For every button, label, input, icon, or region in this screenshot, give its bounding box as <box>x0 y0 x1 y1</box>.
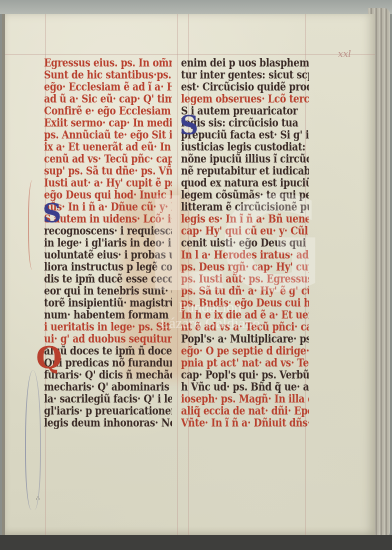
ruling-line <box>5 54 375 55</box>
watermark-text: Fundación Lázaro Galdiano <box>140 300 280 332</box>
red-pen-flourish <box>28 180 39 270</box>
margin-mark: ∴ <box>36 495 40 502</box>
decorated-initial-q: Q <box>36 343 62 375</box>
watermark-line-1: Fundación <box>140 300 280 316</box>
watermark-line-2: Lázaro Galdiano <box>140 316 280 332</box>
manuscript-line: legis deum inhonoras· Nomẽ <box>44 417 172 431</box>
blue-pen-flourish <box>25 370 41 510</box>
watermark-logo: LG <box>135 175 325 315</box>
decorated-initial-s: S <box>178 112 200 140</box>
photo-background-bottom <box>0 535 392 550</box>
decorated-initial-s: S <box>41 200 63 228</box>
folio-number: xxl <box>338 50 351 60</box>
manuscript-line: Vñte· In ĩ ñ a· Dñiuit dñs· ps. <box>181 417 309 431</box>
photo-background-top <box>0 0 392 14</box>
